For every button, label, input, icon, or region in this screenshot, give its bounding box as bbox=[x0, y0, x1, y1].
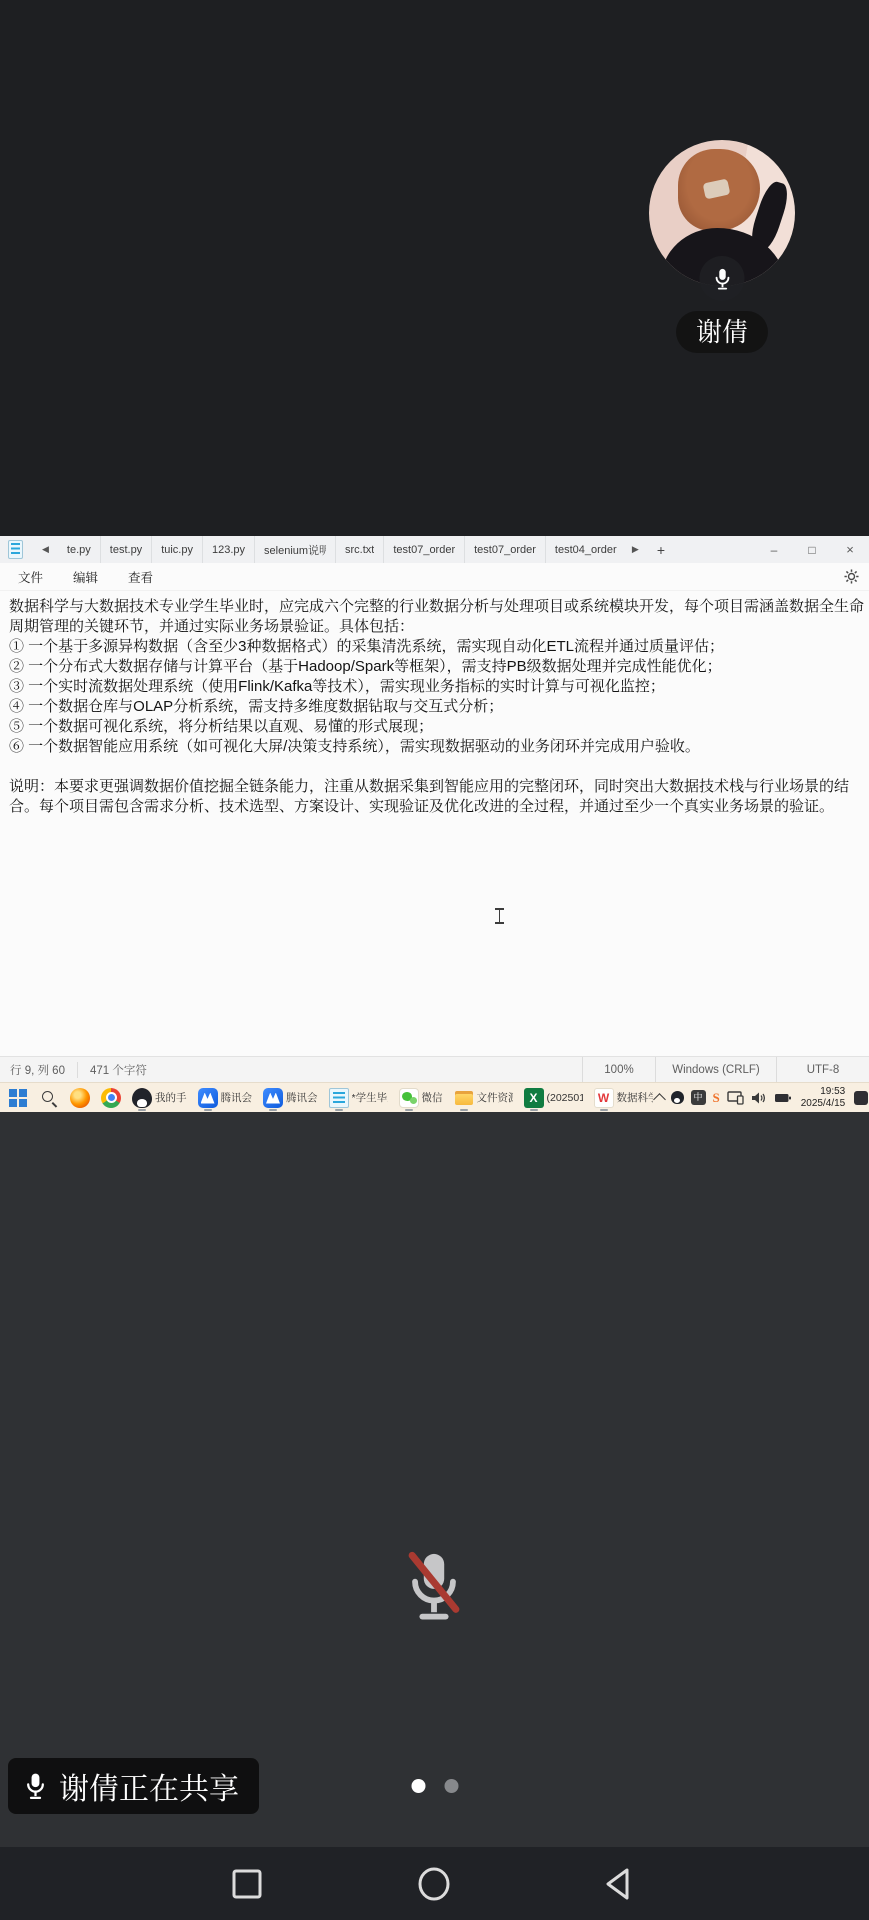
sogou-input-icon[interactable]: S bbox=[713, 1091, 720, 1105]
android-navigation-bar bbox=[0, 1847, 869, 1920]
chrome-icon bbox=[101, 1088, 121, 1108]
taskbar-item-腾讯会[interactable]: 腾讯会 bbox=[196, 1083, 255, 1112]
status-right: 100% Windows (CRLF) UTF-8 bbox=[582, 1057, 869, 1082]
gear-icon[interactable] bbox=[844, 569, 859, 584]
wechat-icon bbox=[399, 1088, 419, 1108]
system-tray: 中 S 19:53 2025/4/15 bbox=[655, 1086, 869, 1109]
taskbar-item-label: 我的手 bbox=[155, 1090, 187, 1105]
encoding: UTF-8 bbox=[776, 1057, 869, 1082]
sharing-banner-text: 谢倩正在共享 bbox=[59, 1764, 239, 1808]
back-button[interactable] bbox=[599, 1865, 637, 1903]
editor-line: ⑥ 一个数据智能应用系统（如可视化大屏/决策支持系统），需实现数据驱动的业务闭环… bbox=[9, 737, 860, 757]
line-ending: Windows (CRLF) bbox=[655, 1057, 776, 1082]
phone-screen: 谢倩 ◀ te.pytest.pytuic.py123.pyselenium说明… bbox=[0, 0, 869, 1920]
banner-mic-icon bbox=[22, 1771, 49, 1801]
running-indicator bbox=[460, 1109, 468, 1112]
mic-icon bbox=[711, 267, 733, 291]
tab-label: test07_order bbox=[474, 544, 536, 556]
taskbar-item-*学生毕业[interactable]: *学生毕业 bbox=[327, 1083, 390, 1112]
clock-time: 19:53 bbox=[820, 1086, 845, 1098]
taskbar-item-微信[interactable]: 微信 bbox=[397, 1083, 445, 1112]
taskbar-item-windows-start-icon[interactable] bbox=[6, 1083, 30, 1112]
taskbar-item-我的手[interactable]: 我的手 bbox=[130, 1083, 189, 1112]
editor-line bbox=[9, 757, 860, 777]
meeting-video-area-2 bbox=[0, 1112, 869, 1847]
recents-button[interactable] bbox=[228, 1865, 266, 1903]
tab-test04_order[interactable]: test04_order bbox=[545, 536, 623, 563]
taskbar-item-(202501[interactable]: (202501 bbox=[522, 1083, 585, 1112]
speaker-icon[interactable] bbox=[751, 1091, 767, 1105]
tab-label: tuic.py bbox=[161, 544, 193, 556]
editor-line: ① 一个基于多源异构数据（含至少3种数据格式）的采集清洗系统，需实现自动化ETL… bbox=[9, 637, 860, 657]
taskbar-item-chrome-icon[interactable] bbox=[99, 1083, 123, 1112]
tab-selenium说明[interactable]: selenium说明 bbox=[254, 536, 335, 563]
battery-icon[interactable] bbox=[774, 1092, 792, 1104]
mouse-cursor-ibeam bbox=[495, 908, 504, 924]
editor-line: 合。每个项目需包含需求分析、技术选型、方案设计、实现验证及优化改进的全过程，并通… bbox=[9, 797, 860, 817]
editor-line: 说明：本要求更强调数据价值挖掘全链条能力，注重从数据采集到智能应用的完整闭环，同… bbox=[9, 777, 860, 797]
tab-label: 123.py bbox=[212, 544, 245, 556]
taskbar-apps: 我的手腾讯会腾讯会*学生毕业微信文件资源(202501数据科学 bbox=[6, 1083, 655, 1112]
editor-line: ④ 一个数据仓库与OLAP分析系统，需支持多维度数据钻取与交互式分析； bbox=[9, 697, 860, 717]
participant-tile[interactable]: 谢倩 bbox=[649, 140, 795, 355]
tab-te.py[interactable]: te.py bbox=[58, 536, 100, 563]
window-controls: – □ × bbox=[755, 536, 869, 563]
qq-tray-icon[interactable] bbox=[671, 1091, 684, 1104]
tab-test07_order[interactable]: test07_order bbox=[383, 536, 464, 563]
notepad-menu-bar: 文件编辑查看 bbox=[0, 563, 869, 591]
taskbar-item-数据科学[interactable]: 数据科学 bbox=[592, 1083, 655, 1112]
tab-label: src.txt bbox=[345, 544, 374, 556]
editor-line: ② 一个分布式大数据存储与计算平台（基于Hadoop/Spark等框架），需支持… bbox=[9, 657, 860, 677]
tab-test.py[interactable]: test.py bbox=[100, 536, 151, 563]
ime-icon[interactable]: 中 bbox=[691, 1090, 706, 1105]
tab-label: te.py bbox=[67, 544, 91, 556]
page-dot-0 bbox=[411, 1779, 425, 1793]
minimize-button[interactable]: – bbox=[755, 543, 793, 557]
notepad-tab-bar: ◀ te.pytest.pytuic.py123.pyselenium说明src… bbox=[0, 536, 869, 563]
running-indicator bbox=[530, 1109, 538, 1112]
tab-scroll-right-icon[interactable]: ▶ bbox=[623, 544, 648, 555]
notification-icon[interactable] bbox=[854, 1091, 868, 1105]
running-indicator bbox=[204, 1109, 212, 1112]
wps-icon bbox=[594, 1088, 614, 1108]
clock-date: 2025/4/15 bbox=[801, 1098, 846, 1110]
zoom-level: 100% bbox=[582, 1057, 655, 1082]
taskbar-item-search-icon[interactable] bbox=[37, 1083, 61, 1112]
excel-icon bbox=[524, 1088, 544, 1108]
taskbar-item-firefox-icon[interactable] bbox=[68, 1083, 92, 1112]
taskbar-item-label: 腾讯会 bbox=[221, 1090, 253, 1105]
taskbar-item-label: 数据科学 bbox=[617, 1090, 653, 1105]
maximize-button[interactable]: □ bbox=[793, 543, 831, 557]
qq-icon bbox=[132, 1088, 152, 1108]
home-button[interactable] bbox=[414, 1865, 454, 1903]
status-bar: 行 9, 列 60 471 个字符 100% Windows (CRLF) UT… bbox=[0, 1056, 869, 1082]
running-indicator bbox=[269, 1109, 277, 1112]
taskbar-item-label: 文件资源 bbox=[477, 1090, 513, 1105]
text-editor[interactable]: 数据科学与大数据技术专业学生毕业时，应完成六个完整的行业数据分析与处理项目或系统… bbox=[0, 591, 869, 1056]
taskbar-item-label: 微信 bbox=[422, 1090, 443, 1105]
sharing-banner[interactable]: 谢倩正在共享 bbox=[8, 1758, 259, 1814]
running-indicator bbox=[405, 1109, 413, 1112]
taskbar-item-腾讯会[interactable]: 腾讯会 bbox=[261, 1083, 320, 1112]
tab-test07_order[interactable]: test07_order bbox=[464, 536, 545, 563]
tab-label: test07_order bbox=[393, 544, 455, 556]
mic-on-badge bbox=[700, 256, 745, 301]
tab-label: selenium说明 bbox=[264, 542, 326, 558]
mic-muted-icon bbox=[399, 1548, 469, 1624]
tab-src.txt[interactable]: src.txt bbox=[335, 536, 383, 563]
tab-scroll-left-icon[interactable]: ◀ bbox=[33, 544, 58, 555]
running-indicator bbox=[600, 1109, 608, 1112]
file-explorer-icon bbox=[454, 1088, 474, 1108]
notepad-window-icon bbox=[8, 540, 23, 559]
editor-line: 周期管理的关键环节，并通过实际业务场景验证。具体包括： bbox=[9, 617, 860, 637]
page-dot-1 bbox=[444, 1779, 458, 1793]
cast-screen-icon[interactable] bbox=[727, 1090, 744, 1105]
tencent-meeting-icon bbox=[198, 1088, 218, 1108]
running-indicator bbox=[138, 1109, 146, 1112]
taskbar-item-label: *学生毕业 bbox=[352, 1090, 388, 1105]
menu-编辑[interactable]: 编辑 bbox=[65, 566, 106, 588]
taskbar-clock[interactable]: 19:53 2025/4/15 bbox=[801, 1086, 846, 1109]
tencent-meeting-icon bbox=[263, 1088, 283, 1108]
close-button[interactable]: × bbox=[831, 542, 869, 557]
status-left: 行 9, 列 60 471 个字符 bbox=[10, 1062, 147, 1078]
tab-123.py[interactable]: 123.py bbox=[202, 536, 254, 563]
menu-查看[interactable]: 查看 bbox=[120, 566, 161, 588]
windows-taskbar: 我的手腾讯会腾讯会*学生毕业微信文件资源(202501数据科学 中 S bbox=[0, 1082, 869, 1112]
editor-line: ③ 一个实时流数据处理系统（使用Flink/Kafka等技术），需实现业务指标的… bbox=[9, 677, 860, 697]
firefox-icon bbox=[70, 1088, 90, 1108]
editor-line: 数据科学与大数据技术专业学生毕业时，应完成六个完整的行业数据分析与处理项目或系统… bbox=[9, 597, 860, 617]
tab-label: test.py bbox=[110, 544, 142, 556]
new-tab-button[interactable]: + bbox=[648, 542, 674, 558]
cursor-position: 行 9, 列 60 bbox=[10, 1062, 78, 1078]
meeting-video-area: 谢倩 bbox=[0, 0, 869, 536]
character-count: 471 个字符 bbox=[78, 1062, 147, 1078]
tab-label: test04_order bbox=[555, 544, 617, 556]
notepad-icon bbox=[329, 1088, 349, 1108]
editor-line: ⑤ 一个数据可视化系统，将分析结果以直观、易懂的形式展现； bbox=[9, 717, 860, 737]
participant-name: 谢倩 bbox=[676, 311, 768, 353]
running-indicator bbox=[335, 1109, 343, 1112]
search-icon bbox=[39, 1088, 59, 1108]
tab-tuic.py[interactable]: tuic.py bbox=[151, 536, 202, 563]
taskbar-item-label: (202501 bbox=[547, 1092, 583, 1104]
chevron-up-icon[interactable] bbox=[653, 1093, 666, 1106]
shared-screen: ◀ te.pytest.pytuic.py123.pyselenium说明src… bbox=[0, 536, 869, 1112]
taskbar-item-label: 腾讯会 bbox=[286, 1090, 318, 1105]
page-indicator bbox=[411, 1779, 458, 1793]
windows-start-icon bbox=[8, 1088, 28, 1108]
menu-items: 文件编辑查看 bbox=[10, 566, 175, 588]
tab-list: te.pytest.pytuic.py123.pyselenium说明src.t… bbox=[58, 536, 623, 563]
taskbar-item-文件资源[interactable]: 文件资源 bbox=[452, 1083, 515, 1112]
menu-文件[interactable]: 文件 bbox=[10, 566, 51, 588]
